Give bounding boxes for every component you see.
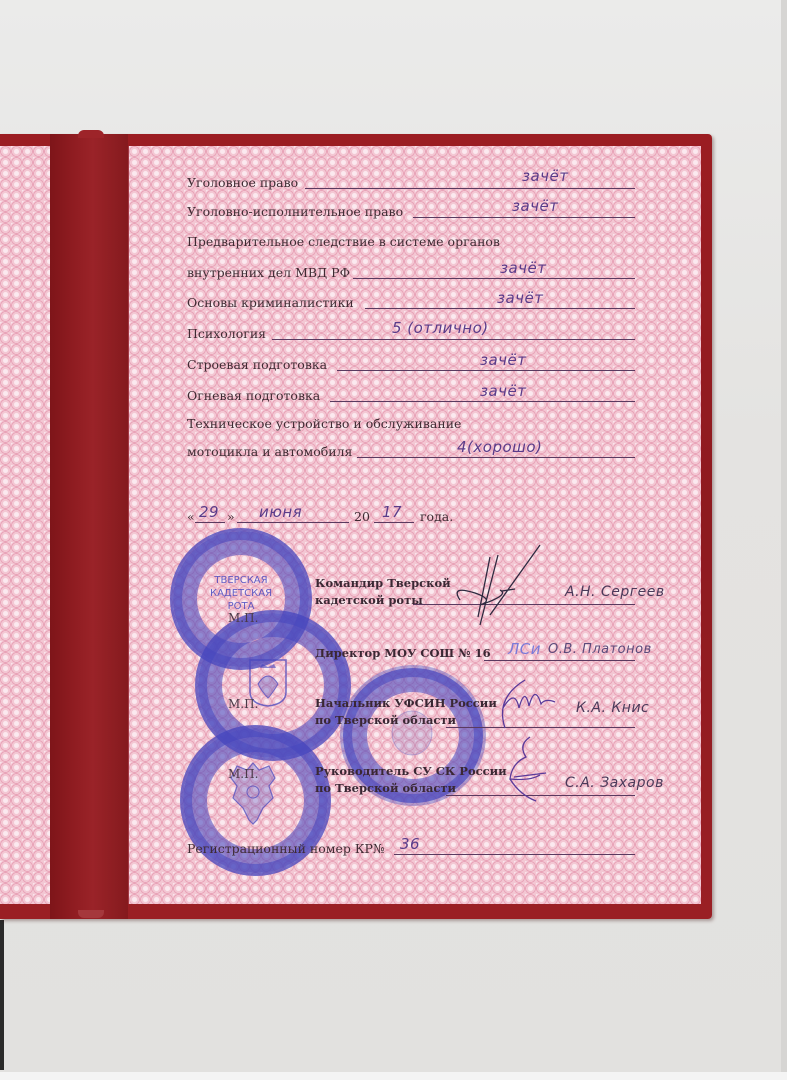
grade-line (357, 457, 635, 458)
registration-row: Регистрационный номер КР№ 36 (187, 838, 637, 856)
grade-value: зачёт (522, 167, 569, 185)
left-page (0, 146, 50, 904)
subject-label: Психология (187, 326, 266, 341)
signature-knis (485, 678, 565, 738)
subject-label: Строевая подготовка (187, 357, 327, 372)
seal-label: М.П. (228, 767, 258, 781)
spine-edge-bottom (78, 910, 104, 918)
signatory-title: Директор МОУ СОШ № 16 (315, 645, 491, 662)
signatory-title-line2: кадетской роты (315, 592, 451, 609)
subject-label: Огневая подготовка (187, 388, 320, 403)
signatory-title-line1: Директор МОУ СОШ № 16 (315, 645, 491, 662)
grade-value: зачёт (480, 382, 527, 400)
signatory-title-line1: Руководитель СУ СК России (315, 763, 507, 780)
seal-label: М.П. (228, 697, 258, 711)
signatory-title: Руководитель СУ СК России по Тверской об… (315, 763, 507, 797)
subject-label-line1: Техническое устройство и обслуживание (187, 416, 461, 431)
date-month: июня (259, 503, 302, 521)
subject-row: Уголовно-исполнительное право зачёт (187, 201, 637, 219)
date-open-quote: « (187, 509, 195, 524)
grade-value: 5 (отлично) (392, 319, 489, 337)
subject-label: внутренних дел МВД РФ (187, 265, 350, 280)
scanner-edge-left (0, 920, 4, 1070)
grade-line (337, 370, 635, 371)
date-suffix: года. (420, 509, 453, 524)
day-line (195, 522, 225, 523)
date-day: 29 (199, 503, 219, 521)
subject-row: Огневая подготовка зачёт (187, 385, 637, 403)
grade-value: зачёт (480, 351, 527, 369)
grade-line (305, 188, 635, 189)
subject-label: Уголовно-исполнительное право (187, 204, 403, 219)
grade-line (272, 339, 635, 340)
subject-row: Строевая подготовка зачёт (187, 354, 637, 372)
issue-date: « 29 » июня 20 17 года. (187, 506, 467, 524)
scan-bottom-strip (0, 1072, 787, 1080)
grade-line (330, 401, 635, 402)
seal-label: М.П. (228, 611, 258, 625)
signatory-name: С.А. Захаров (565, 775, 664, 1078)
grade-value: 4(хорошо) (457, 438, 542, 456)
signatory-title: Начальник УФСИН России по Тверской облас… (315, 695, 497, 729)
grade-value: зачёт (500, 259, 547, 277)
date-century: 20 (354, 509, 370, 524)
subject-label: мотоцикла и автомобиля (187, 444, 352, 459)
registration-line (394, 854, 635, 855)
grade-line (413, 217, 635, 218)
subject-label: Уголовное право (187, 175, 298, 190)
subject-row: Основы криминалистики зачёт (187, 292, 637, 310)
signature-sergeev (440, 545, 550, 630)
subject-row: Уголовное право зачёт (187, 172, 637, 190)
grade-value: зачёт (497, 289, 544, 307)
subject-row: внутренних дел МВД РФ зачёт (187, 262, 637, 280)
signature-zakharov (500, 735, 560, 805)
registration-value: 36 (400, 835, 420, 853)
subject-label-line1: Предварительное следствие в системе орга… (187, 234, 500, 249)
grade-line (365, 308, 635, 309)
subject-label: Основы криминалистики (187, 295, 354, 310)
subject-row: мотоцикла и автомобиля 4(хорошо) (187, 441, 637, 459)
date-year: 17 (382, 503, 402, 521)
signatory-title-line1: Командир Тверской (315, 575, 451, 592)
year-line (374, 522, 414, 523)
spine-edge-top (78, 130, 104, 138)
registration-label: Регистрационный номер КР№ (187, 841, 385, 856)
stamp-center-text: ТВЕРСКАЯ КАДЕТСКАЯ РОТА (173, 574, 309, 613)
date-close-quote: » (227, 509, 235, 524)
cover-spine (50, 134, 128, 919)
signatory-title-line1: Начальник УФСИН России (315, 695, 497, 712)
month-line (237, 522, 349, 523)
grade-line (353, 278, 635, 279)
scanner-edge (781, 0, 787, 1080)
grade-value: зачёт (512, 197, 559, 215)
subject-row: Психология 5 (отлично) (187, 323, 637, 341)
